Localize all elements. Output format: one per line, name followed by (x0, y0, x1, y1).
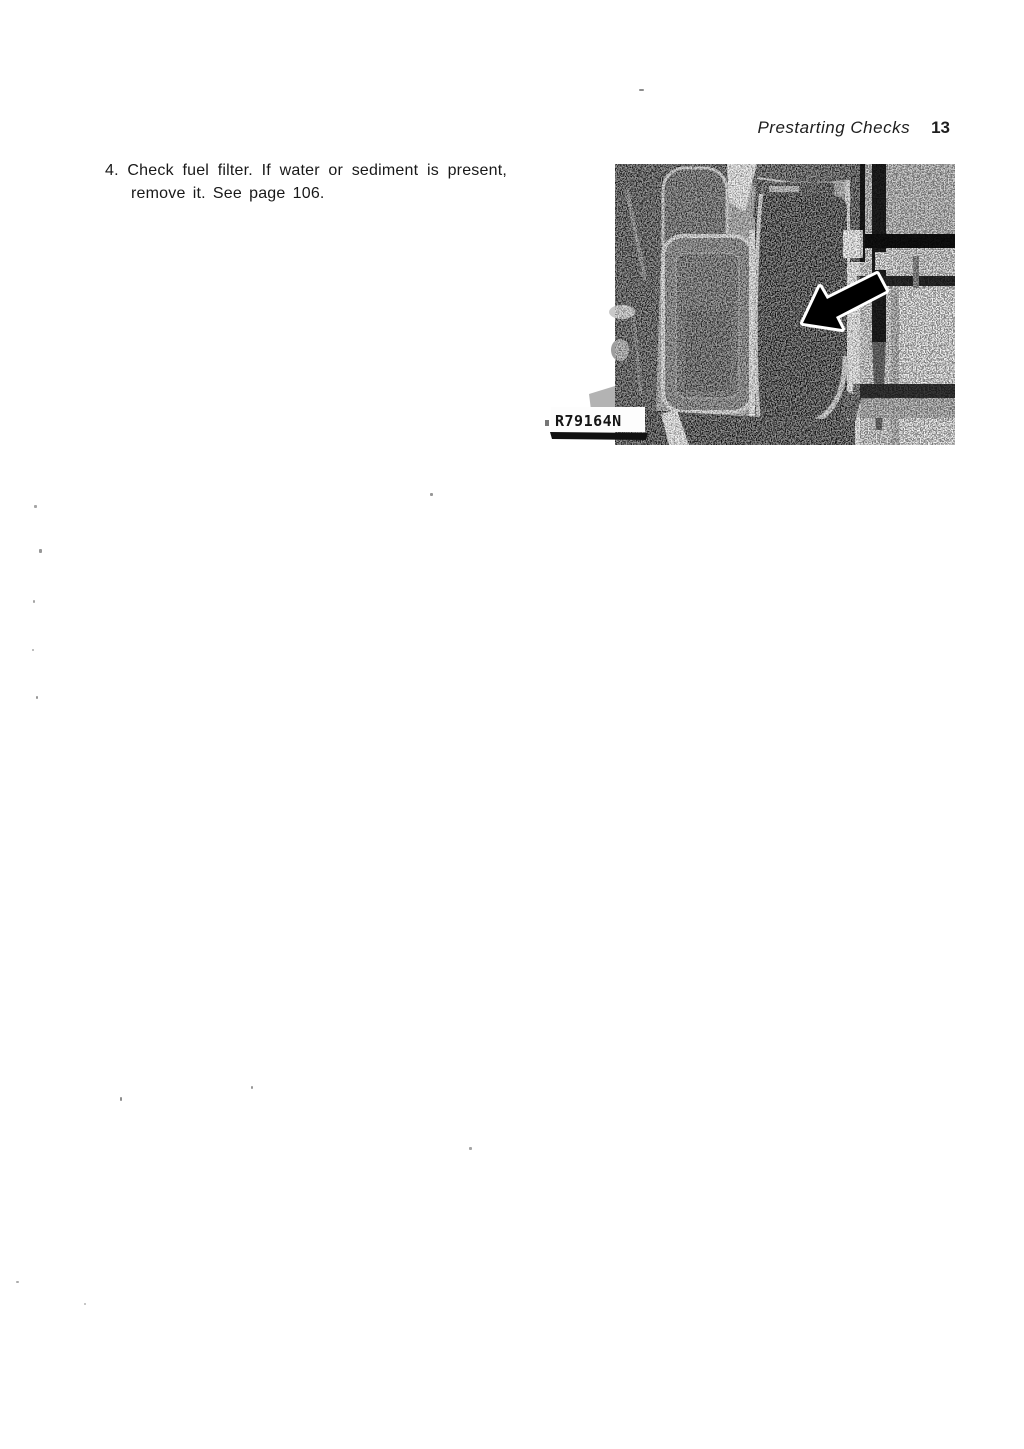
scan-speck (34, 505, 37, 508)
scan-speck (84, 1303, 86, 1305)
running-header: Prestarting Checks 13 (757, 118, 950, 138)
page-number: 13 (931, 118, 950, 138)
scan-speck (32, 649, 34, 651)
scan-speck (430, 493, 433, 496)
scan-speck (36, 696, 38, 699)
photo-id-underline (550, 432, 648, 440)
scan-speck (39, 549, 42, 553)
scan-speck (639, 89, 644, 91)
scan-speck (469, 1147, 472, 1150)
scan-speck (251, 1086, 253, 1089)
photo-id-group: R79164N (545, 407, 648, 440)
scan-speck (16, 1281, 19, 1283)
fuel-filter-photo: R79164N (545, 160, 955, 448)
scan-speck (33, 600, 35, 603)
scan-speck (120, 1097, 122, 1101)
step-4-instruction: 4. Check fuel filter. If water or sedime… (105, 159, 507, 205)
photo-id-label: R79164N (555, 412, 622, 430)
step-text-line-1: 4. Check fuel filter. If water or sedime… (105, 159, 507, 182)
section-title: Prestarting Checks (757, 118, 910, 138)
step-text-line-2: remove it. See page 106. (131, 182, 507, 205)
figure-fuel-filter-photo: R79164N (545, 160, 955, 448)
